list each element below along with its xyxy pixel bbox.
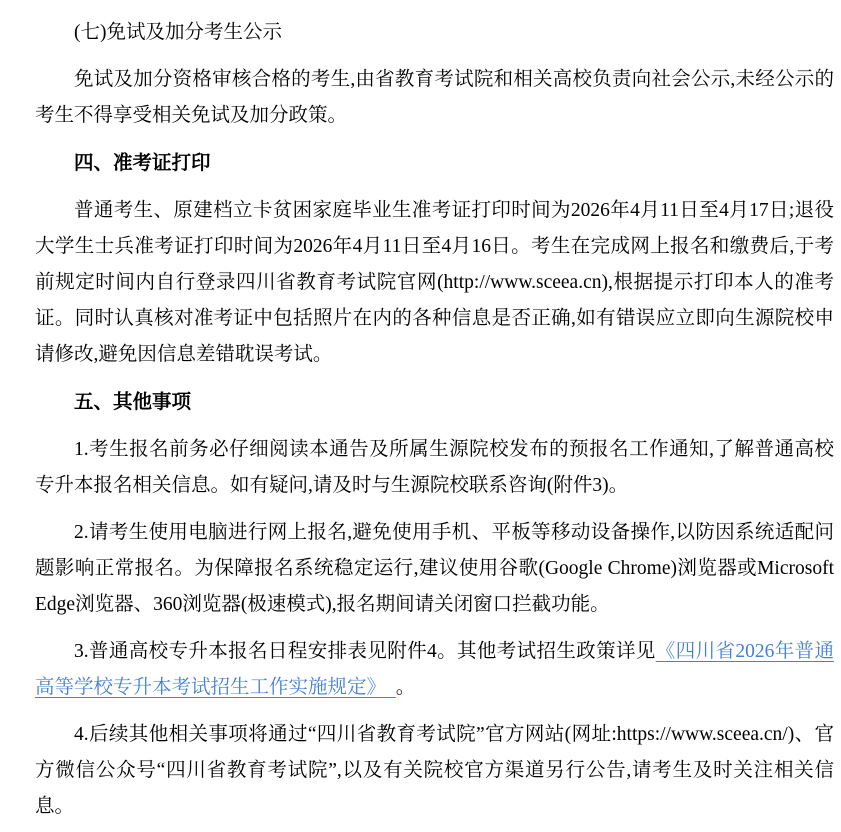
paragraph-other-matters-item-2: 2.请考生使用电脑进行网上报名,避免使用手机、平板等移动设备操作,以防因系统适配…	[35, 515, 834, 623]
item-3-text-before-link: 3.普通高校专升本报名日程安排表见附件4。其他考试招生政策详见	[74, 641, 656, 662]
paragraph-exemption-publicity: 免试及加分资格审核合格的考生,由省教育考试院和相关高校负责向社会公示,未经公示的…	[35, 62, 834, 134]
item-3-text-after-link: 。	[396, 677, 416, 698]
document-page: (七)免试及加分考生公示 免试及加分资格审核合格的考生,由省教育考试院和相关高校…	[0, 0, 841, 832]
subsection-heading-exemption-publicity: (七)免试及加分考生公示	[35, 15, 834, 51]
section-heading-admission-ticket-printing: 四、准考证打印	[35, 146, 834, 182]
paragraph-other-matters-item-3: 3.普通高校专升本报名日程安排表见附件4。其他考试招生政策详见《四川省2026年…	[35, 634, 834, 706]
paragraph-admission-ticket-printing: 普通考生、原建档立卡贫困家庭毕业生准考证打印时间为2026年4月11日至4月17…	[35, 193, 834, 373]
paragraph-other-matters-item-4: 4.后续其他相关事项将通过“四川省教育考试院”官方网站(网址:https://w…	[35, 717, 834, 825]
section-heading-other-matters: 五、其他事项	[35, 385, 834, 421]
paragraph-other-matters-item-1: 1.考生报名前务必仔细阅读本通告及所属生源院校发布的预报名工作通知,了解普通高校…	[35, 432, 834, 504]
